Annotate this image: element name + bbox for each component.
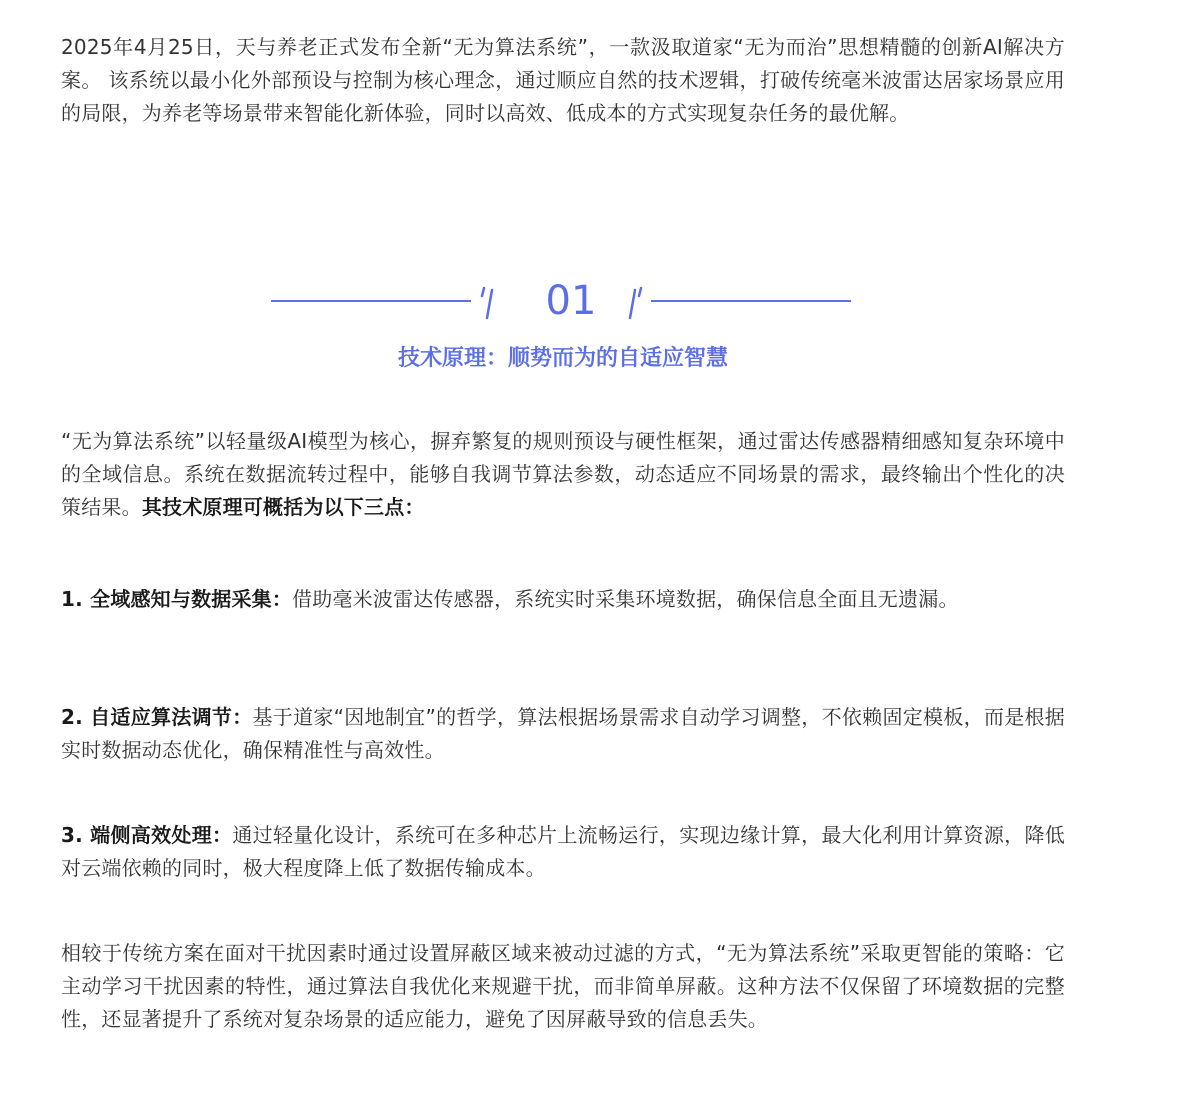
point-item: 2. 自适应算法调节：基于道家“因地制宜”的哲学，算法根据场景需求自动学习调整，…	[61, 701, 1065, 767]
section-number: 01	[531, 278, 611, 324]
closing-paragraph: 相较于传统方案在面对干扰因素时通过设置屏蔽区域来被动过滤的方式，“无为算法系统”…	[61, 937, 1065, 1036]
point-label: 1. 全域感知与数据采集：	[61, 587, 292, 611]
intro-paragraph: 2025年4月25日，天与养老正式发布全新“无为算法系统”，一款汲取道家“无为而…	[61, 31, 1065, 130]
section-title: 技术原理：顺势而为的自适应智慧	[61, 344, 1065, 374]
double-slash-left-icon	[475, 282, 497, 322]
section-header: 01 技术原理：顺势而为的自适应智慧	[61, 276, 1065, 386]
double-slash-right-icon	[625, 282, 647, 322]
point-item: 1. 全域感知与数据采集：借助毫米波雷达传感器，系统实时采集环境数据，确保信息全…	[61, 583, 1065, 616]
point-item: 3. 端侧高效处理：通过轻量化设计，系统可在多种芯片上流畅运行，实现边缘计算，最…	[61, 819, 1065, 885]
overview-bold: 其技术原理可概括为以下三点：	[142, 495, 425, 519]
section-divider: 01	[271, 276, 851, 326]
divider-line-right	[651, 300, 851, 302]
point-label: 2. 自适应算法调节：	[61, 705, 252, 729]
overview-paragraph: “无为算法系统”以轻量级AI模型为核心，摒弃繁复的规则预设与硬性框架，通过雷达传…	[61, 425, 1065, 524]
point-label: 3. 端侧高效处理：	[61, 823, 232, 847]
point-text: 借助毫米波雷达传感器，系统实时采集环境数据，确保信息全面且无遗漏。	[292, 587, 959, 611]
divider-line-left	[271, 300, 471, 302]
